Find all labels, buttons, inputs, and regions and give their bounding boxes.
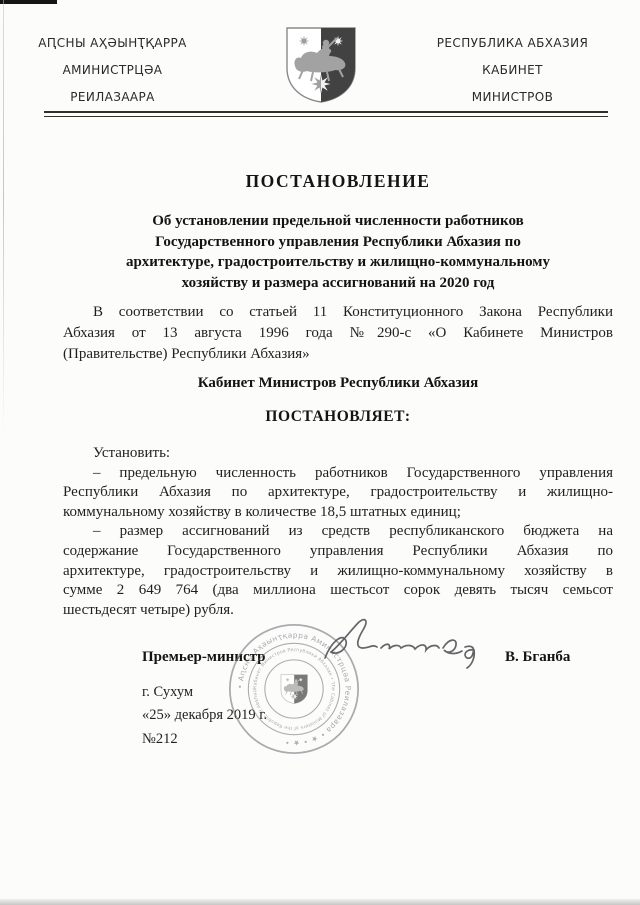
org-right-line1: РЕСПУБЛИКА АБХАЗИЯ <box>420 30 605 57</box>
header-divider-rule <box>44 111 608 117</box>
item2-line: архитектуре, градостроительству и жилищн… <box>63 562 613 582</box>
item1-line: – предельную численность работников Госу… <box>63 464 613 484</box>
scanned-decree-page: АԤСНЫ АҲӘЫНҬҚАРРА АМИНИСТРЦӘА РЕИЛАЗААРА <box>0 0 640 905</box>
subject-line: архитектуре, градостроительству и жилищн… <box>63 252 613 273</box>
handwritten-signature <box>315 614 490 679</box>
org-right-line2: КАБИНЕТ <box>420 57 605 84</box>
item2-line: содержание Государственного управления Р… <box>63 542 613 562</box>
item1-line: Республики Абхазия по архитектуре, градо… <box>63 483 613 503</box>
preamble-paragraph: В соответствии со статьей 11 Конституцио… <box>63 302 613 365</box>
org-left-line2: АМИНИСТРЦӘА <box>30 57 195 84</box>
preamble-line: (Правительстве) Республики Абхазия» <box>63 344 613 365</box>
doc-subject: Об установлении предельной численности р… <box>63 211 613 293</box>
signatory-name: В. Бганба <box>505 649 570 666</box>
org-left-line3: РЕИЛАЗААРА <box>30 84 195 111</box>
subject-line: Об установлении предельной численности р… <box>63 211 613 232</box>
document-number: №212 <box>142 731 178 748</box>
place-line: г. Сухум <box>142 684 193 701</box>
org-name-abkhazian: АԤСНЫ АҲӘЫНҬҚАРРА АМИНИСТРЦӘА РЕИЛАЗААРА <box>30 30 195 111</box>
authority-line: Кабинет Министров Республики Абхазия <box>63 375 613 392</box>
item2-line: – размер ассигнований из средств республ… <box>63 522 613 542</box>
org-name-russian: РЕСПУБЛИКА АБХАЗИЯ КАБИНЕТ МИНИСТРОВ <box>420 30 605 111</box>
directive-line: Установить: <box>63 444 613 464</box>
org-left-line1: АԤСНЫ АҲӘЫНҬҚАРРА <box>30 30 195 57</box>
scan-artifact-left-line <box>3 0 5 440</box>
scan-artifact-bottom-strip <box>0 899 640 905</box>
doc-type-title: ПОСТАНОВЛЕНИЕ <box>63 171 613 192</box>
item1-line: коммунальному хозяйству в количестве 18,… <box>63 503 613 523</box>
item2-line: сумме 2 649 764 (два миллиона шестьсот с… <box>63 581 613 601</box>
resolves-word: ПОСТАНОВЛЯЕТ: <box>63 408 613 426</box>
subject-line: хозяйству и размера ассигнований на 2020… <box>63 273 613 294</box>
operative-part: Установить: – предельную численность раб… <box>63 444 613 620</box>
preamble-line: В соответствии со статьей 11 Конституцио… <box>63 302 613 323</box>
org-right-line3: МИНИСТРОВ <box>420 84 605 111</box>
subject-line: Государственного управления Республики А… <box>63 232 613 253</box>
stamp-center-emblem <box>281 675 307 704</box>
coat-of-arms-icon <box>285 26 357 109</box>
scan-artifact-top-bar <box>0 0 57 4</box>
preamble-line: Абхазия от 13 августа 1996 года №290-с «… <box>63 323 613 344</box>
